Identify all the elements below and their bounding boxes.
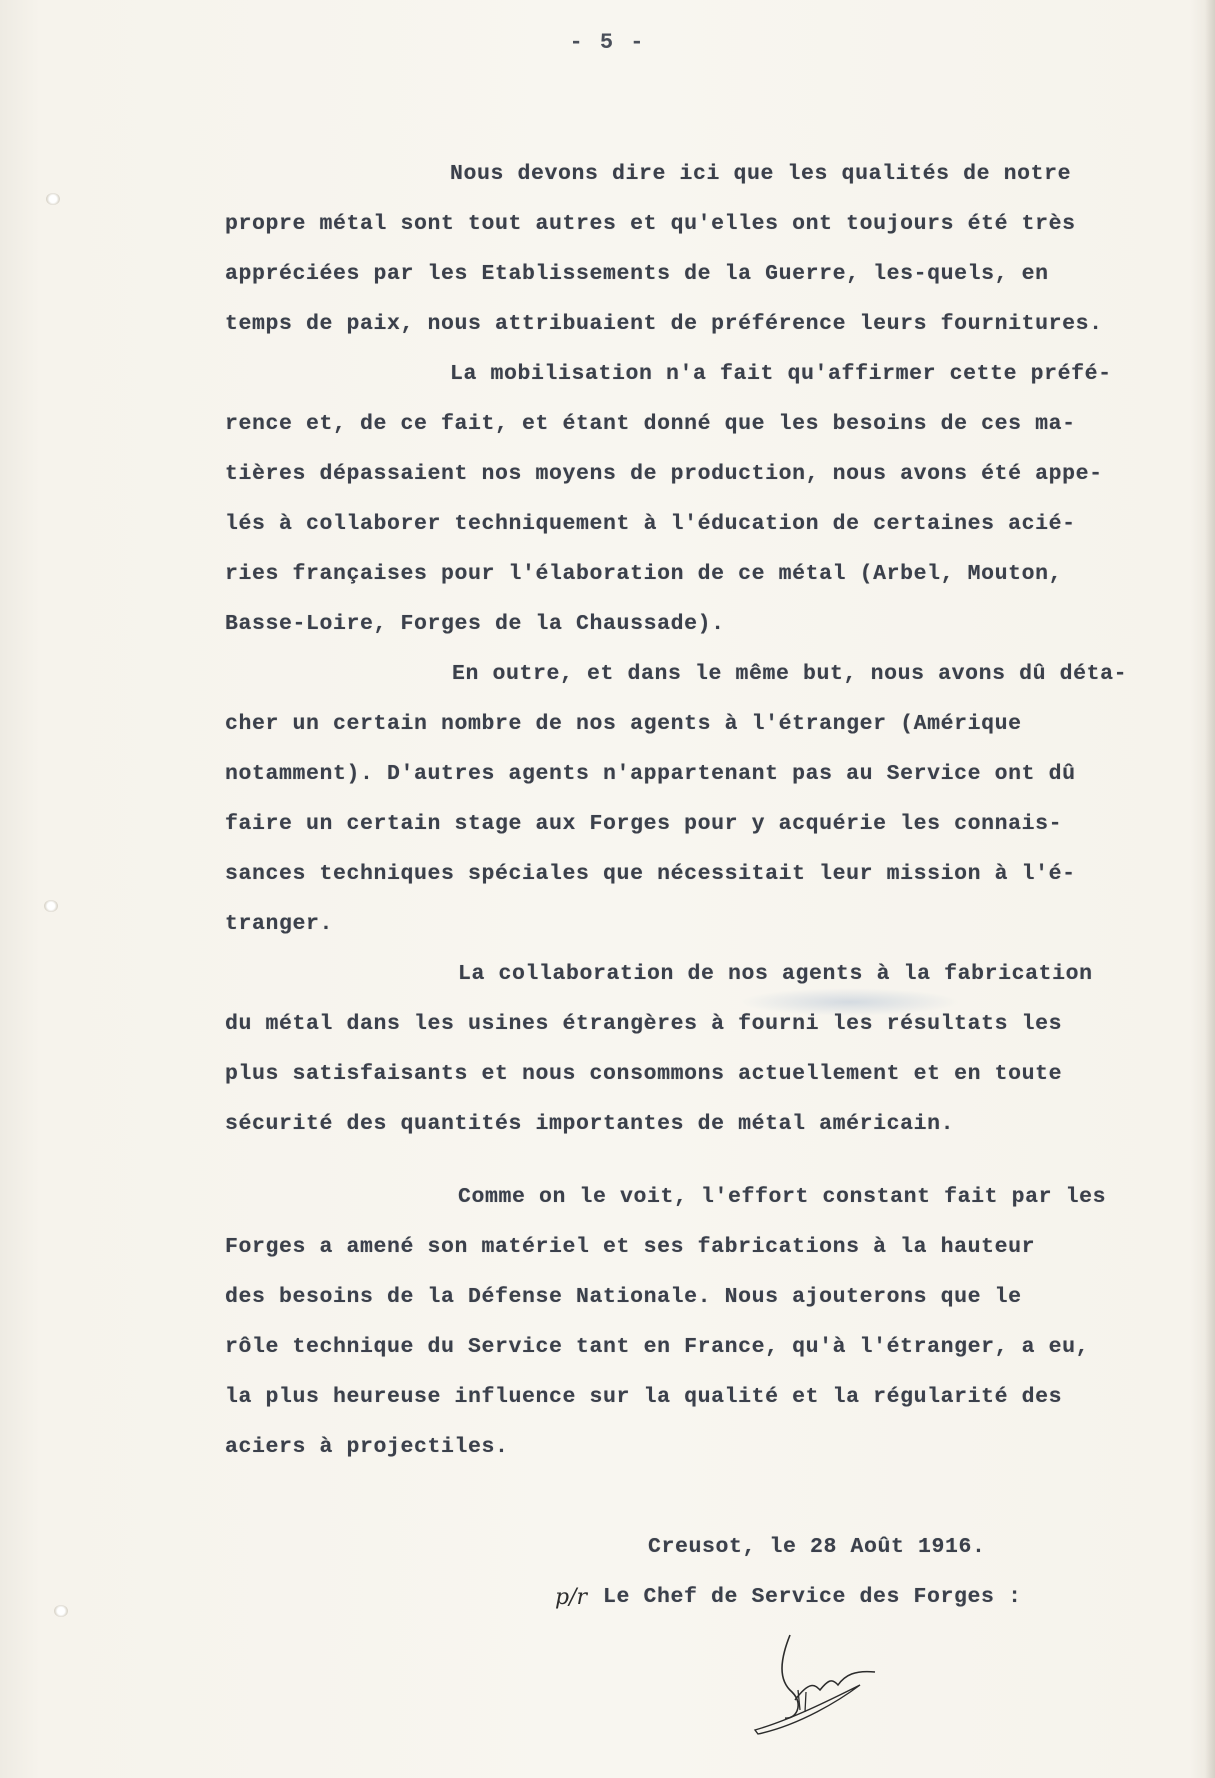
text-line: sances techniques spéciales que nécessit… bbox=[225, 862, 1076, 886]
text-line: appréciées par les Etablissements de la … bbox=[225, 262, 1049, 286]
text-line: rence et, de ce fait, et étant donné que… bbox=[225, 412, 1076, 436]
text-line: temps de paix, nous attribuaient de préf… bbox=[225, 312, 1103, 336]
text-line: rôle technique du Service tant en France… bbox=[225, 1335, 1089, 1359]
page-edge-shadow bbox=[1205, 0, 1215, 1778]
text-line: Forges a amené son matériel et ses fabri… bbox=[225, 1235, 1035, 1259]
closing-signatory: Le Chef de Service des Forges : bbox=[603, 1585, 1022, 1609]
text-line: Comme on le voit, l'effort constant fait… bbox=[458, 1185, 1106, 1209]
text-line: sécurité des quantités importantes de mé… bbox=[225, 1112, 954, 1136]
text-line: cher un certain nombre de nos agents à l… bbox=[225, 712, 1022, 736]
text-line: notamment). D'autres agents n'appartenan… bbox=[225, 762, 1076, 786]
text-line: tranger. bbox=[225, 912, 333, 936]
handwritten-signature bbox=[750, 1630, 920, 1740]
text-line: aciers à projectiles. bbox=[225, 1435, 509, 1459]
punch-hole-bottom bbox=[54, 1605, 68, 1617]
text-line: plus satisfaisants et nous consommons ac… bbox=[225, 1062, 1062, 1086]
text-line: tières dépassaient nos moyens de product… bbox=[225, 462, 1103, 486]
text-line: Basse-Loire, Forges de la Chaussade). bbox=[225, 612, 725, 636]
closing-place-date: Creusot, le 28 Août 1916. bbox=[648, 1535, 986, 1559]
text-line: propre métal sont tout autres et qu'elle… bbox=[225, 212, 1076, 236]
text-line: la plus heureuse influence sur la qualit… bbox=[225, 1385, 1062, 1409]
text-line: Nous devons dire ici que les qualités de… bbox=[450, 162, 1071, 186]
text-line: lés à collaborer techniquement à l'éduca… bbox=[225, 512, 1076, 536]
document-page: - 5 - Nous devons dire ici que les quali… bbox=[0, 0, 1215, 1778]
text-line: faire un certain stage aux Forges pour y… bbox=[225, 812, 1062, 836]
page-number: - 5 - bbox=[0, 30, 1215, 55]
punch-hole-top bbox=[46, 193, 60, 205]
text-line: des besoins de la Défense Nationale. Nou… bbox=[225, 1285, 1022, 1309]
text-line: du métal dans les usines étrangères à fo… bbox=[225, 1012, 1062, 1036]
text-line: ries françaises pour l'élaboration de ce… bbox=[225, 562, 1062, 586]
per-procurationem-mark: p/r bbox=[555, 1585, 587, 1610]
text-line: La collaboration de nos agents à la fabr… bbox=[458, 962, 1093, 986]
punch-hole-middle bbox=[44, 900, 58, 912]
text-line: La mobilisation n'a fait qu'affirmer cet… bbox=[450, 362, 1112, 386]
text-line: En outre, et dans le même but, nous avon… bbox=[452, 662, 1127, 686]
